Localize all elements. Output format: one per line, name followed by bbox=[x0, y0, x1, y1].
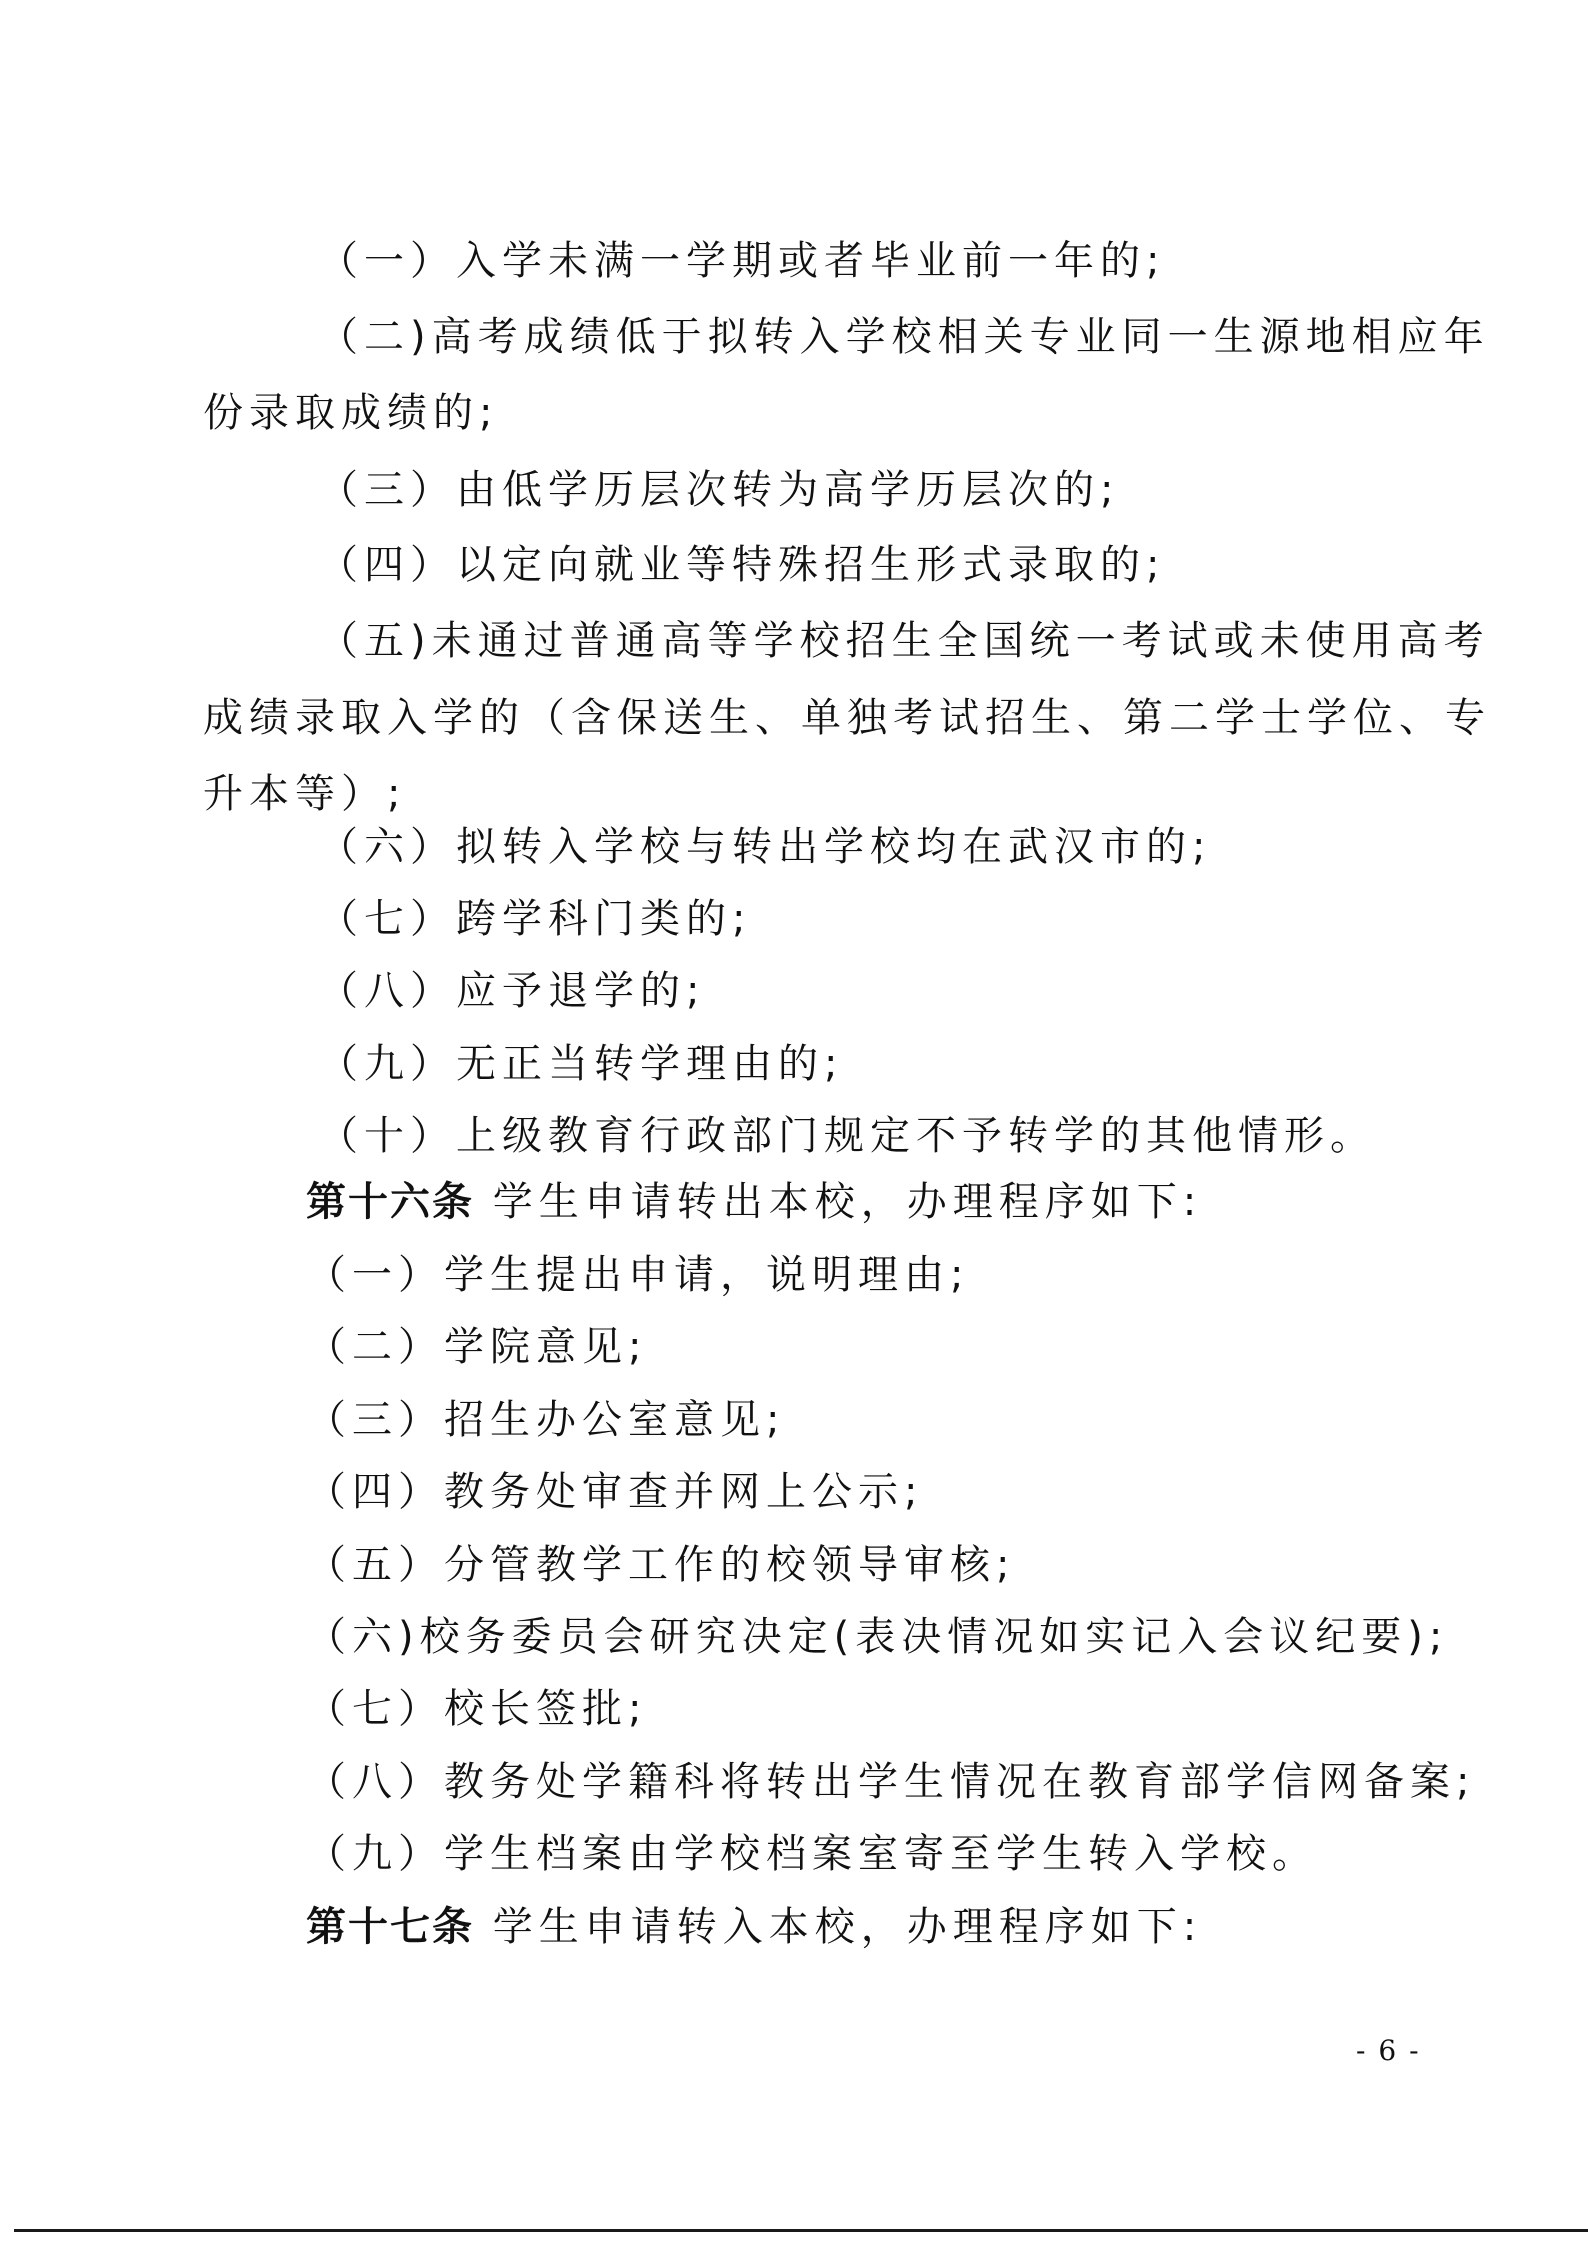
page-number: - 6 - bbox=[1356, 2034, 1421, 2067]
list-item-2: （二)高考成绩低于拟转入学校相关专业同一生源地相应年 bbox=[318, 313, 1490, 361]
article-17-body: 学生申请转入本校，办理程序如下: bbox=[474, 1904, 1202, 1950]
list-item-9: （九）无正当转学理由的; bbox=[318, 1040, 843, 1088]
procedure-step-6: （六)校务委员会研究决定(表决情况如实记入会议纪要); bbox=[306, 1613, 1448, 1661]
procedure-step-7: （七）校长签批; bbox=[306, 1685, 647, 1733]
procedure-step-2: （二）学院意见; bbox=[306, 1323, 647, 1371]
list-item-5: （五)未通过普通高等学校招生全国统一考试或未使用高考 bbox=[318, 617, 1490, 665]
procedure-step-8: （八）教务处学籍科将转出学生情况在教育部学信网备案; bbox=[306, 1758, 1475, 1806]
article-16-heading: 第十六条 bbox=[306, 1179, 474, 1225]
list-item-5-continued-2: 升本等）; bbox=[203, 770, 406, 818]
procedure-step-5: （五）分管教学工作的校领导审核; bbox=[306, 1541, 1015, 1589]
article-16-body: 学生申请转出本校，办理程序如下: bbox=[474, 1179, 1202, 1225]
list-item-3: （三）由低学历层次转为高学历层次的; bbox=[318, 466, 1119, 514]
list-item-8: （八）应予退学的; bbox=[318, 967, 705, 1015]
procedure-step-3: （三）招生办公室意见; bbox=[306, 1396, 785, 1444]
list-item-7: （七）跨学科门类的; bbox=[318, 895, 751, 943]
list-item-2-continued: 份录取成绩的; bbox=[203, 389, 498, 437]
procedure-step-1: （一）学生提出申请，说明理由; bbox=[306, 1251, 969, 1299]
list-item-6: （六）拟转入学校与转出学校均在武汉市的; bbox=[318, 823, 1211, 871]
bottom-rule-divider bbox=[14, 2229, 1588, 2232]
list-item-4: （四）以定向就业等特殊招生形式录取的; bbox=[318, 541, 1165, 589]
procedure-step-9: （九）学生档案由学校档案室寄至学生转入学校。 bbox=[306, 1830, 1318, 1878]
procedure-step-4: （四）教务处审查并网上公示; bbox=[306, 1468, 923, 1516]
list-item-5-continued: 成绩录取入学的（含保送生、单独考试招生、第二学士学位、专 bbox=[203, 694, 1491, 742]
article-17-heading: 第十七条 bbox=[306, 1904, 474, 1950]
list-item-1: （一）入学未满一学期或者毕业前一年的; bbox=[318, 237, 1165, 285]
article-17: 第十七条 学生申请转入本校，办理程序如下: bbox=[306, 1903, 1202, 1951]
article-16: 第十六条 学生申请转出本校，办理程序如下: bbox=[306, 1178, 1202, 1226]
document-page: （一）入学未满一学期或者毕业前一年的; （二)高考成绩低于拟转入学校相关专业同一… bbox=[0, 0, 1588, 2246]
list-item-10: （十）上级教育行政部门规定不予转学的其他情形。 bbox=[318, 1112, 1376, 1160]
